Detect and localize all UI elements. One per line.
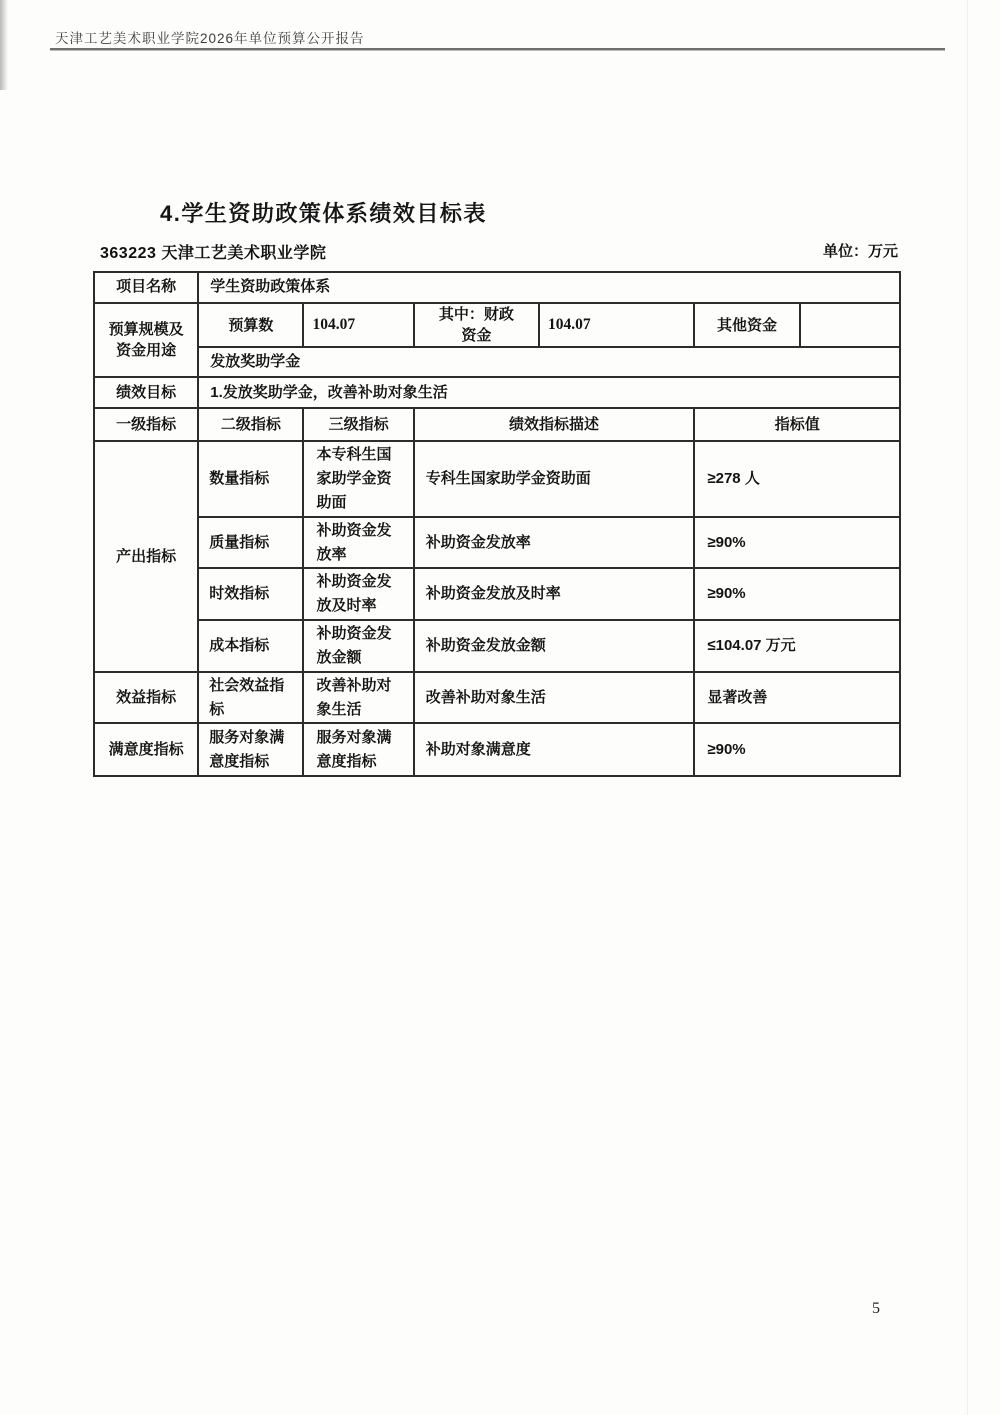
level1-benefit: 效益指标 xyxy=(94,672,198,723)
scan-edge-right xyxy=(967,0,968,1415)
header-indicator-value: 指标值 xyxy=(694,408,900,441)
table-row: 质量指标 补助资金发放率 补助资金发放率 ≥90% xyxy=(94,517,900,568)
table-row: 效益指标 社会效益指标 改善补助对象生活 改善补助对象生活 显著改善 xyxy=(94,672,900,723)
level2-cell: 社会效益指标 xyxy=(198,672,303,723)
row-fund-usage: 发放奖助学金 xyxy=(94,347,900,377)
indicator-desc-cell: 补助资金发放金额 xyxy=(414,620,695,672)
level3-cell: 改善补助对象生活 xyxy=(303,672,413,723)
indicator-desc-cell: 改善补助对象生活 xyxy=(414,672,695,723)
table-meta-row: 363223 天津工艺美术职业学院 单位：万元 xyxy=(100,240,898,263)
project-name-value: 学生资助政策体系 xyxy=(198,272,900,303)
scan-shadow-left xyxy=(0,0,8,90)
level1-output: 产出指标 xyxy=(94,441,198,672)
header-level2: 二级指标 xyxy=(198,408,303,441)
other-funds-value xyxy=(800,303,900,347)
level2-cell: 数量指标 xyxy=(198,441,303,517)
level2-cell: 时效指标 xyxy=(198,568,303,620)
level2-cell: 服务对象满意度指标 xyxy=(198,723,303,776)
table-row: 成本指标 补助资金发放金额 补助资金发放金额 ≤104.07 万元 xyxy=(94,620,900,672)
row-performance-goal: 绩效目标 1.发放奖助学金，改善补助对象生活 xyxy=(94,377,900,408)
level1-satisfaction: 满意度指标 xyxy=(94,723,198,776)
indicator-value-cell: ≥278 人 xyxy=(694,441,900,517)
level2-cell: 质量指标 xyxy=(198,517,303,568)
performance-target-table: 项目名称 学生资助政策体系 预算规模及资金用途 预算数 104.07 其中：财政… xyxy=(93,271,901,777)
indicator-desc-cell: 补助对象满意度 xyxy=(414,723,695,776)
indicator-value-cell: ≥90% xyxy=(694,568,900,620)
indicator-value-cell: ≤104.07 万元 xyxy=(694,620,900,672)
performance-goal-label: 绩效目标 xyxy=(94,377,198,408)
header-level1: 一级指标 xyxy=(94,408,198,441)
performance-goal-value: 1.发放奖助学金，改善补助对象生活 xyxy=(198,377,900,408)
header-divider xyxy=(50,48,945,51)
page-number: 5 xyxy=(872,1300,880,1318)
project-name-label: 项目名称 xyxy=(94,272,198,303)
row-column-headers: 一级指标 二级指标 三级指标 绩效指标描述 指标值 xyxy=(94,408,900,441)
indicator-desc-cell: 补助资金发放及时率 xyxy=(414,568,695,620)
indicator-value-cell: ≥90% xyxy=(694,723,900,776)
budget-count-label: 预算数 xyxy=(198,303,303,347)
indicator-value-cell: 显著改善 xyxy=(694,672,900,723)
other-funds-label: 其他资金 xyxy=(694,303,799,347)
table-row: 满意度指标 服务对象满意度指标 服务对象满意度指标 补助对象满意度 ≥90% xyxy=(94,723,900,776)
header-indicator-desc: 绩效指标描述 xyxy=(414,408,695,441)
table-row: 时效指标 补助资金发放及时率 补助资金发放及时率 ≥90% xyxy=(94,568,900,620)
indicator-desc-cell: 专科生国家助学金资助面 xyxy=(414,441,695,517)
table-row: 产出指标 数量指标 本专科生国家助学金资助面 专科生国家助学金资助面 ≥278 … xyxy=(94,441,900,517)
budget-scope-label: 预算规模及资金用途 xyxy=(94,303,198,377)
row-project-name: 项目名称 学生资助政策体系 xyxy=(94,272,900,303)
header-level3: 三级指标 xyxy=(303,408,413,441)
row-budget-scale: 预算规模及资金用途 预算数 104.07 其中：财政资金 104.07 其他资金 xyxy=(94,303,900,347)
level3-cell: 服务对象满意度指标 xyxy=(303,723,413,776)
fiscal-funds-value: 104.07 xyxy=(539,303,694,347)
budget-count-value: 104.07 xyxy=(303,303,413,347)
document-header: 天津工艺美术职业学院2026年单位预算公开报告 xyxy=(55,27,365,47)
level3-cell: 本专科生国家助学金资助面 xyxy=(303,441,413,517)
level3-cell: 补助资金发放及时率 xyxy=(303,568,413,620)
indicator-value-cell: ≥90% xyxy=(694,517,900,568)
level3-cell: 补助资金发放率 xyxy=(303,517,413,568)
fund-usage-value: 发放奖助学金 xyxy=(198,347,900,377)
fiscal-funds-label: 其中：财政资金 xyxy=(414,303,539,347)
level3-cell: 补助资金发放金额 xyxy=(303,620,413,672)
unit-label: 单位：万元 xyxy=(823,240,898,261)
indicator-desc-cell: 补助资金发放率 xyxy=(414,517,695,568)
section-title: 4.学生资助政策体系绩效目标表 xyxy=(160,197,487,228)
org-code-name: 363223 天津工艺美术职业学院 xyxy=(100,240,326,263)
level2-cell: 成本指标 xyxy=(198,620,303,672)
